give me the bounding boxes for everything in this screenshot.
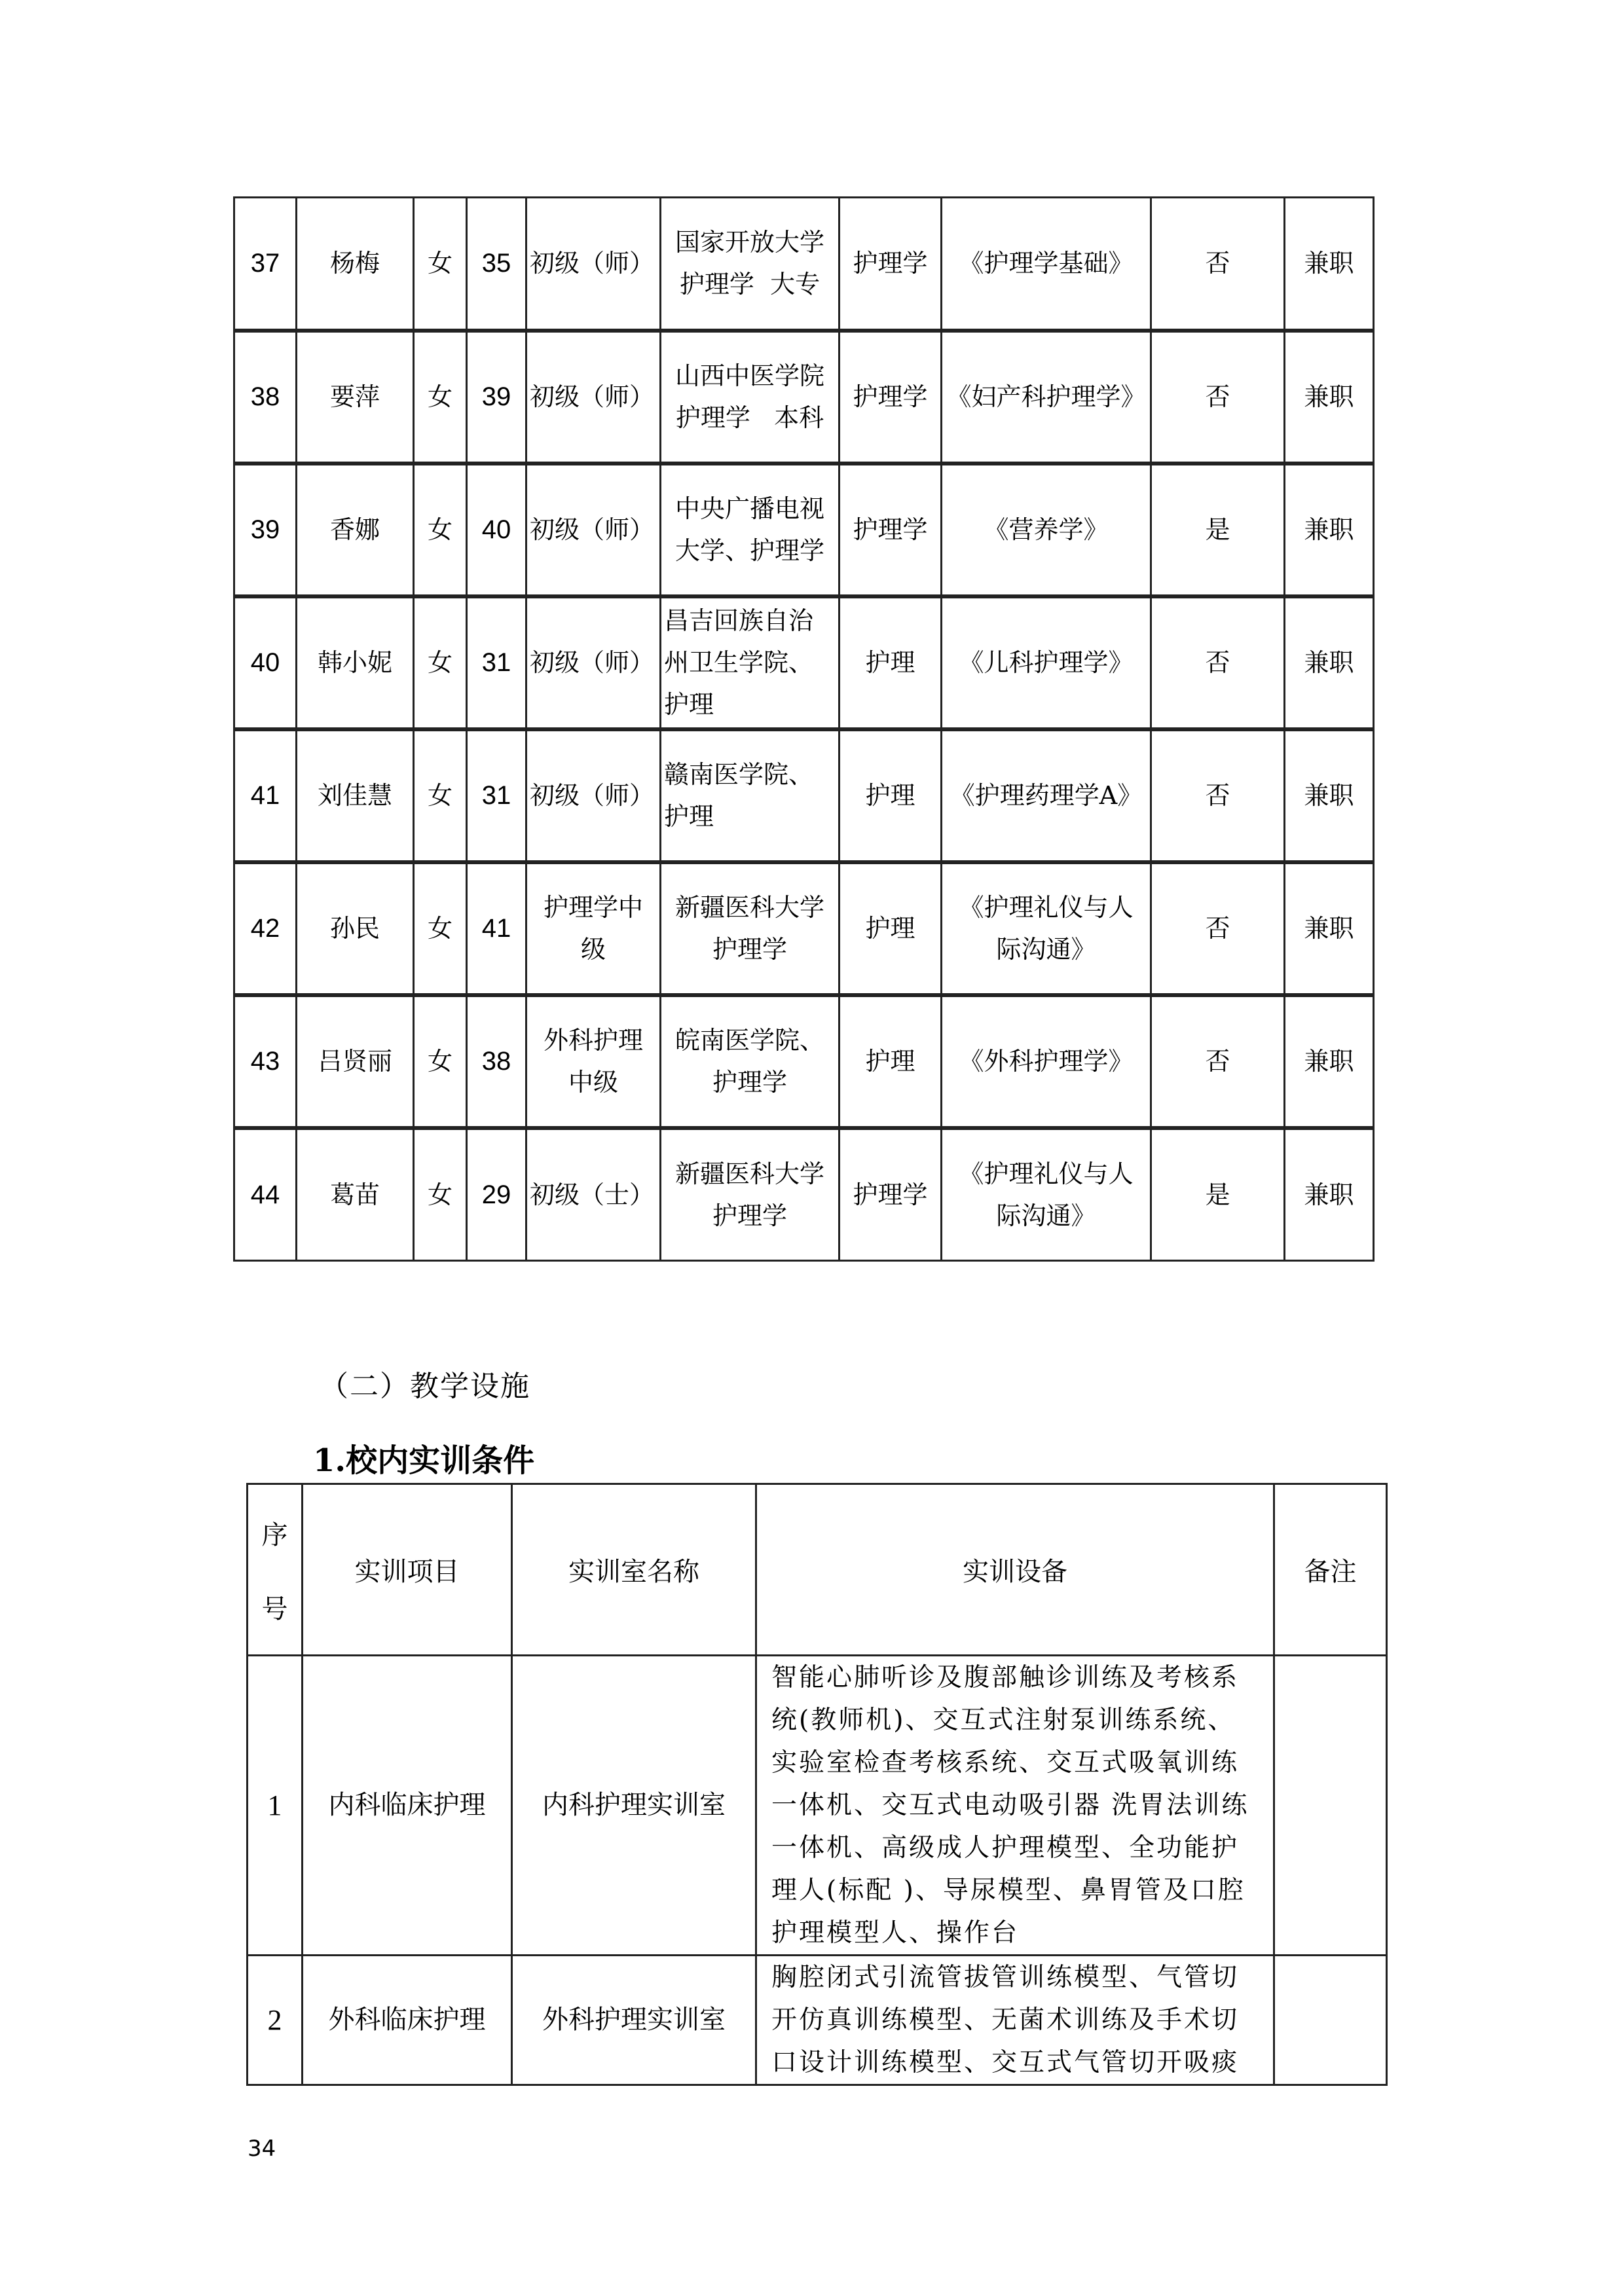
course-line: 《外科护理学》: [942, 1040, 1150, 1082]
row-number-line: 38: [235, 376, 295, 418]
cell-dual-qualified: 否: [1151, 995, 1285, 1128]
gender-line: 女: [415, 642, 466, 683]
cell-course: 《妇产科护理学》: [942, 331, 1151, 464]
professional-title-line: 初级（师）: [530, 242, 659, 284]
faculty-table-body: 37杨梅女35初级（师）国家开放大学护理学 大专护理学《护理学基础》否兼职38要…: [234, 198, 1374, 1261]
row-number-line: 43: [235, 1040, 295, 1082]
age-line: 31: [468, 774, 525, 816]
cell-employment-type: 兼职: [1285, 331, 1374, 464]
cell-major: 护理: [840, 995, 942, 1128]
cell-row-number: 41: [234, 729, 297, 862]
cell-teacher-name: 要萍: [297, 331, 414, 464]
cell-row-number: 40: [234, 596, 297, 729]
major-line: 护理学: [840, 509, 940, 551]
cell-gender: 女: [414, 1128, 467, 1261]
cell-graduate-school: 新疆医科大学护理学: [661, 862, 840, 995]
graduate-school-line: 护理学: [661, 1061, 838, 1103]
cell-employment-type: 兼职: [1285, 995, 1374, 1128]
age-line: 41: [468, 907, 525, 949]
table-row: 41刘佳慧女31初级（师）赣南医学院、护理护理《护理药理学A》否兼职: [234, 729, 1374, 862]
teacher-name-line: 孙民: [297, 907, 413, 949]
row-room: 内科护理实训室: [512, 1656, 756, 1956]
dual-qualified-line: 否: [1152, 242, 1283, 284]
cell-gender: 女: [414, 995, 467, 1128]
major-line: 护理: [840, 907, 940, 949]
cell-gender: 女: [414, 464, 467, 596]
dual-qualified-line: 否: [1152, 774, 1283, 816]
employment-type-line: 兼职: [1285, 509, 1373, 551]
teacher-name-line: 香娜: [297, 509, 413, 551]
major-line: 护理学: [840, 242, 940, 284]
cell-dual-qualified: 是: [1151, 1128, 1285, 1261]
cell-age: 29: [467, 1128, 526, 1261]
cell-major: 护理学: [840, 1128, 942, 1261]
gender-line: 女: [415, 509, 466, 551]
graduate-school-line: 皖南医学院、: [661, 1019, 838, 1061]
cell-gender: 女: [414, 198, 467, 331]
teacher-name-line: 吕贤丽: [297, 1040, 413, 1082]
graduate-school-line: 护理学 本科: [661, 397, 838, 439]
gender-line: 女: [415, 376, 466, 418]
professional-title-line: 初级（师）: [530, 642, 659, 683]
professional-title-line: 中级: [527, 1061, 659, 1103]
graduate-school-line: 新疆医科大学: [661, 886, 838, 928]
cell-age: 41: [467, 862, 526, 995]
gender-line: 女: [415, 242, 466, 284]
professional-title-line: 初级（师）: [530, 509, 659, 551]
cell-major: 护理: [840, 596, 942, 729]
cell-teacher-name: 香娜: [297, 464, 414, 596]
employment-type-line: 兼职: [1285, 907, 1373, 949]
row-equipment: 智能心肺听诊及腹部触诊训练及考核系统(教师机)、交互式注射泵训练系统、实验室检查…: [756, 1656, 1274, 1956]
cell-course: 《儿科护理学》: [942, 596, 1151, 729]
course-line: 际沟通》: [942, 928, 1150, 970]
cell-teacher-name: 刘佳慧: [297, 729, 414, 862]
cell-course: 《外科护理学》: [942, 995, 1151, 1128]
course-line: 《妇产科护理学》: [942, 376, 1150, 418]
graduate-school-line: 新疆医科大学: [661, 1153, 838, 1195]
dual-qualified-line: 否: [1152, 642, 1283, 683]
cell-professional-title: 初级（士）: [526, 1128, 661, 1261]
table-row: 39香娜女40初级（师）中央广播电视大学、护理学护理学《营养学》是兼职: [234, 464, 1374, 596]
course-line: 《儿科护理学》: [942, 642, 1150, 683]
document-page: 37杨梅女35初级（师）国家开放大学护理学 大专护理学《护理学基础》否兼职38要…: [0, 0, 1624, 2296]
cell-teacher-name: 吕贤丽: [297, 995, 414, 1128]
header-index-top: 序: [262, 1514, 288, 1552]
dual-qualified-line: 否: [1152, 907, 1283, 949]
teacher-name-line: 要萍: [297, 376, 413, 418]
cell-graduate-school: 赣南医学院、护理: [661, 729, 840, 862]
section-subheading: 1.校内实训条件: [313, 1439, 534, 1482]
cell-graduate-school: 国家开放大学护理学 大专: [661, 198, 840, 331]
professional-title-line: 初级（士）: [530, 1174, 659, 1216]
cell-age: 40: [467, 464, 526, 596]
header-room: 实训室名称: [512, 1484, 756, 1656]
cell-major: 护理: [840, 729, 942, 862]
major-line: 护理学: [840, 376, 940, 418]
gender-line: 女: [415, 907, 466, 949]
row-number-line: 44: [235, 1174, 295, 1216]
cell-employment-type: 兼职: [1285, 198, 1374, 331]
header-remark: 备注: [1274, 1484, 1387, 1656]
cell-graduate-school: 皖南医学院、护理学: [661, 995, 840, 1128]
cell-employment-type: 兼职: [1285, 1128, 1374, 1261]
row-remark: [1274, 1956, 1387, 2085]
row-project: 内科临床护理: [303, 1656, 512, 1956]
graduate-school-line: 昌吉回族自治: [664, 600, 838, 642]
age-line: 35: [468, 242, 525, 284]
course-line: 际沟通》: [942, 1195, 1150, 1237]
graduate-school-line: 护理学: [661, 1195, 838, 1237]
graduate-school-line: 护理: [664, 795, 838, 837]
row-number-line: 42: [235, 907, 295, 949]
cell-dual-qualified: 否: [1151, 596, 1285, 729]
cell-professional-title: 初级（师）: [526, 596, 661, 729]
cell-gender: 女: [414, 862, 467, 995]
cell-dual-qualified: 是: [1151, 464, 1285, 596]
cell-age: 31: [467, 729, 526, 862]
cell-employment-type: 兼职: [1285, 862, 1374, 995]
cell-teacher-name: 杨梅: [297, 198, 414, 331]
cell-major: 护理: [840, 862, 942, 995]
age-line: 40: [468, 509, 525, 551]
cell-major: 护理学: [840, 198, 942, 331]
facility-table: 序 号 实训项目 实训室名称 实训设备 备注 1 内科临床护理 内科护理实训室 …: [246, 1483, 1388, 2086]
cell-graduate-school: 新疆医科大学护理学: [661, 1128, 840, 1261]
age-line: 29: [468, 1174, 525, 1216]
cell-employment-type: 兼职: [1285, 464, 1374, 596]
cell-teacher-name: 韩小妮: [297, 596, 414, 729]
cell-age: 31: [467, 596, 526, 729]
employment-type-line: 兼职: [1285, 1040, 1373, 1082]
row-number-line: 39: [235, 509, 295, 551]
cell-dual-qualified: 否: [1151, 729, 1285, 862]
cell-employment-type: 兼职: [1285, 596, 1374, 729]
cell-row-number: 44: [234, 1128, 297, 1261]
professional-title-line: 外科护理: [527, 1019, 659, 1061]
header-index: 序 号: [248, 1484, 303, 1656]
cell-professional-title: 初级（师）: [526, 464, 661, 596]
table-row: 2 外科临床护理 外科护理实训室 胸腔闭式引流管拔管训练模型、气管切开仿真训练模…: [248, 1956, 1387, 2085]
graduate-school-line: 赣南医学院、: [664, 754, 838, 795]
gender-line: 女: [415, 1040, 466, 1082]
gender-line: 女: [415, 1174, 466, 1216]
age-line: 39: [468, 376, 525, 418]
dual-qualified-line: 否: [1152, 1040, 1283, 1082]
dual-qualified-line: 否: [1152, 376, 1283, 418]
cell-employment-type: 兼职: [1285, 729, 1374, 862]
table-row: 43吕贤丽女38外科护理中级皖南医学院、护理学护理《外科护理学》否兼职: [234, 995, 1374, 1128]
cell-professional-title: 外科护理中级: [526, 995, 661, 1128]
major-line: 护理: [840, 774, 940, 816]
cell-course: 《护理药理学A》: [942, 729, 1151, 862]
cell-professional-title: 初级（师）: [526, 331, 661, 464]
employment-type-line: 兼职: [1285, 642, 1373, 683]
dual-qualified-line: 是: [1152, 509, 1283, 551]
graduate-school-line: 国家开放大学: [661, 221, 838, 263]
cell-graduate-school: 山西中医学院护理学 本科: [661, 331, 840, 464]
row-number-line: 37: [235, 242, 295, 284]
cell-age: 38: [467, 995, 526, 1128]
course-line: 《护理药理学A》: [942, 774, 1150, 816]
table-row: 1 内科临床护理 内科护理实训室 智能心肺听诊及腹部触诊训练及考核系统(教师机)…: [248, 1656, 1387, 1956]
cell-row-number: 38: [234, 331, 297, 464]
graduate-school-line: 山西中医学院: [661, 355, 838, 397]
professional-title-line: 级: [527, 928, 659, 970]
row-equipment: 胸腔闭式引流管拔管训练模型、气管切开仿真训练模型、无菌术训练及手术切口设计训练模…: [756, 1956, 1274, 2085]
graduate-school-line: 护理学 大专: [661, 263, 838, 305]
cell-course: 《护理学基础》: [942, 198, 1151, 331]
row-remark: [1274, 1656, 1387, 1956]
table-row: 42孙民女41护理学中级新疆医科大学护理学护理《护理礼仪与人际沟通》否兼职: [234, 862, 1374, 995]
professional-title-line: 初级（师）: [530, 774, 659, 816]
age-line: 31: [468, 642, 525, 683]
cell-major: 护理学: [840, 331, 942, 464]
section-heading: （二）教学设施: [320, 1367, 530, 1406]
row-project: 外科临床护理: [303, 1956, 512, 2085]
row-number-line: 41: [235, 774, 295, 816]
cell-graduate-school: 昌吉回族自治州卫生学院、护理: [661, 596, 840, 729]
graduate-school-line: 中央广播电视: [661, 488, 838, 530]
cell-gender: 女: [414, 596, 467, 729]
cell-dual-qualified: 否: [1151, 198, 1285, 331]
row-index: 2: [248, 1956, 303, 2085]
cell-age: 39: [467, 331, 526, 464]
professional-title-line: 初级（师）: [530, 376, 659, 418]
cell-major: 护理学: [840, 464, 942, 596]
table-row: 38要萍女39初级（师）山西中医学院护理学 本科护理学《妇产科护理学》否兼职: [234, 331, 1374, 464]
cell-dual-qualified: 否: [1151, 862, 1285, 995]
major-line: 护理: [840, 642, 940, 683]
course-line: 《护理学基础》: [942, 242, 1150, 284]
major-line: 护理: [840, 1040, 940, 1082]
cell-graduate-school: 中央广播电视大学、护理学: [661, 464, 840, 596]
graduate-school-line: 护理: [664, 683, 838, 725]
professional-title-line: 护理学中: [527, 886, 659, 928]
major-line: 护理学: [840, 1174, 940, 1216]
course-line: 《营养学》: [942, 509, 1150, 551]
cell-course: 《护理礼仪与人际沟通》: [942, 862, 1151, 995]
teacher-name-line: 刘佳慧: [297, 774, 413, 816]
teacher-name-line: 韩小妮: [297, 642, 413, 683]
employment-type-line: 兼职: [1285, 242, 1373, 284]
cell-row-number: 43: [234, 995, 297, 1128]
employment-type-line: 兼职: [1285, 1174, 1373, 1216]
cell-row-number: 37: [234, 198, 297, 331]
graduate-school-line: 护理学: [661, 928, 838, 970]
cell-course: 《营养学》: [942, 464, 1151, 596]
table-row: 44葛苗女29初级（士）新疆医科大学护理学护理学《护理礼仪与人际沟通》是兼职: [234, 1128, 1374, 1261]
table-row: 37杨梅女35初级（师）国家开放大学护理学 大专护理学《护理学基础》否兼职: [234, 198, 1374, 331]
cell-teacher-name: 孙民: [297, 862, 414, 995]
course-line: 《护理礼仪与人: [942, 1153, 1150, 1195]
cell-teacher-name: 葛苗: [297, 1128, 414, 1261]
table-row: 40韩小妮女31初级（师）昌吉回族自治州卫生学院、护理护理《儿科护理学》否兼职: [234, 596, 1374, 729]
row-room: 外科护理实训室: [512, 1956, 756, 2085]
dual-qualified-line: 是: [1152, 1174, 1283, 1216]
cell-row-number: 42: [234, 862, 297, 995]
cell-professional-title: 护理学中级: [526, 862, 661, 995]
employment-type-line: 兼职: [1285, 376, 1373, 418]
header-index-bottom: 号: [262, 1588, 288, 1626]
header-equipment: 实训设备: [756, 1484, 1274, 1656]
header-project: 实训项目: [303, 1484, 512, 1656]
cell-row-number: 39: [234, 464, 297, 596]
cell-dual-qualified: 否: [1151, 331, 1285, 464]
graduate-school-line: 州卫生学院、: [664, 642, 838, 683]
cell-age: 35: [467, 198, 526, 331]
cell-course: 《护理礼仪与人际沟通》: [942, 1128, 1151, 1261]
gender-line: 女: [415, 774, 466, 816]
cell-gender: 女: [414, 331, 467, 464]
faculty-table: 37杨梅女35初级（师）国家开放大学护理学 大专护理学《护理学基础》否兼职38要…: [233, 196, 1375, 1262]
cell-professional-title: 初级（师）: [526, 198, 661, 331]
teacher-name-line: 杨梅: [297, 242, 413, 284]
facility-table-header: 序 号 实训项目 实训室名称 实训设备 备注: [248, 1484, 1387, 1656]
row-index: 1: [248, 1656, 303, 1956]
graduate-school-line: 大学、护理学: [661, 530, 838, 572]
teacher-name-line: 葛苗: [297, 1174, 413, 1216]
employment-type-line: 兼职: [1285, 774, 1373, 816]
cell-gender: 女: [414, 729, 467, 862]
page-number: 34: [248, 2136, 276, 2162]
course-line: 《护理礼仪与人: [942, 886, 1150, 928]
age-line: 38: [468, 1040, 525, 1082]
row-number-line: 40: [235, 642, 295, 683]
cell-professional-title: 初级（师）: [526, 729, 661, 862]
